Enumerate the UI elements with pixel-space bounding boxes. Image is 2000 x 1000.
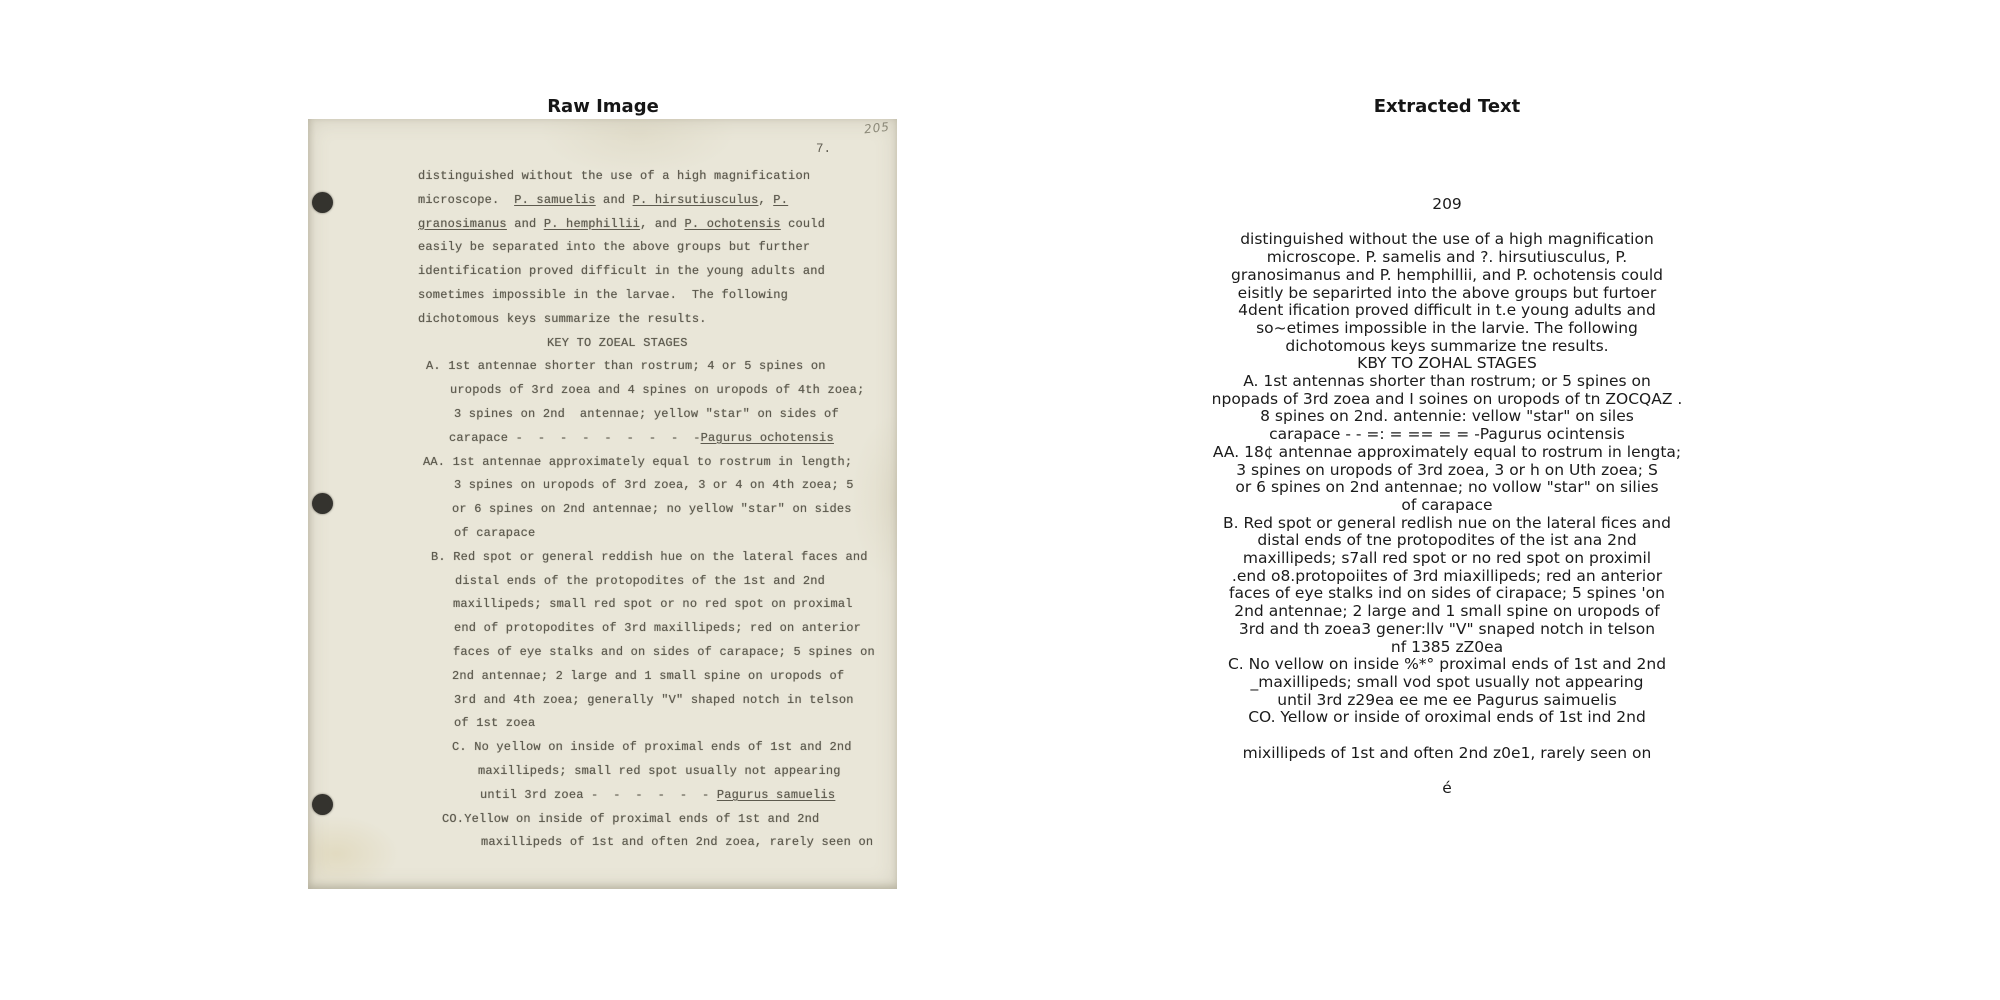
typewriter-line: carapace - - - - - - - - -Pagurus ochote… — [449, 431, 834, 445]
typewriter-line: distal ends of the protopodites of the 1… — [455, 574, 825, 588]
ocr-line — [1147, 214, 1747, 232]
typewriter-line: microscope. P. samuelis and P. hirsutius… — [418, 193, 788, 207]
ocr-line: 3 spines on uropods of 3rd zoea, 3 or h … — [1147, 462, 1747, 480]
typewriter-line: distinguished without the use of a high … — [418, 169, 810, 183]
ocr-line: 3rd and th zoea3 gener:llv "V" snaped no… — [1147, 621, 1747, 639]
ocr-line — [1147, 727, 1747, 745]
ocr-line: A. 1st antennas shorter than rostrum; or… — [1147, 373, 1747, 391]
typewriter-line: until 3rd zoea - - - - - - Pagurus samue… — [480, 788, 835, 802]
typewriter-line: identification proved difficult in the y… — [418, 264, 825, 278]
typewriter-line: end of protopodites of 3rd maxillipeds; … — [454, 621, 861, 635]
paper: 205 7. distinguished without the use of … — [308, 119, 897, 889]
ocr-line: mixillipeds of 1st and often 2nd z0e1, r… — [1147, 745, 1747, 763]
typewriter-line: maxillipeds; small red spot or no red sp… — [453, 597, 853, 611]
ocr-line: .end o8.protopoiites of 3rd miaxillipeds… — [1147, 568, 1747, 586]
ocr-line: 209 — [1147, 196, 1747, 214]
ocr-line: carapace - - =: = == = = -Pagurus ocinte… — [1147, 426, 1747, 444]
typewriter-line: AA. 1st antennae approximately equal to … — [423, 455, 852, 469]
typewriter-line: 3 spines on 2nd antennae; yellow "star" … — [454, 407, 839, 421]
typewriter-line: 3rd and 4th zoea; generally "V" shaped n… — [454, 693, 854, 707]
ocr-line: 8 spines on 2nd. antennie: vellow "star"… — [1147, 408, 1747, 426]
ocr-line: dichotomous keys summarize tne results. — [1147, 338, 1747, 356]
ocr-line: faces of eye stalks ind on sides of cira… — [1147, 585, 1747, 603]
ocr-line: _maxillipeds; small vod spot usually not… — [1147, 674, 1747, 692]
typewriter-line: maxillipeds; small red spot usually not … — [478, 764, 841, 778]
typewriter-line: faces of eye stalks and on sides of cara… — [453, 645, 875, 659]
extracted-text-title: Extracted Text — [1374, 96, 1520, 117]
figure-canvas: Raw Image 205 7. distinguished without t… — [0, 0, 2000, 1000]
ocr-line: distal ends of tne protopodites of the i… — [1147, 532, 1747, 550]
ocr-line: KBY TO ZOHAL STAGES — [1147, 355, 1747, 373]
ocr-line: microscope. P. samelis and ?. hirsutiusc… — [1147, 249, 1747, 267]
ocr-line: granosimanus and P. hemphillii, and P. o… — [1147, 267, 1747, 285]
typewriter-line: easily be separated into the above group… — [418, 240, 810, 254]
raw-image-title: Raw Image — [547, 96, 659, 117]
typewriter-line: of 1st zoea — [454, 716, 535, 730]
ocr-line: until 3rd z29ea ee me ee Pagurus saimuel… — [1147, 692, 1747, 710]
typewriter-line: CO.Yellow on inside of proximal ends of … — [442, 812, 819, 826]
ocr-line: CO. Yellow or inside of oroximal ends of… — [1147, 709, 1747, 727]
typewriter-line: maxillipeds of 1st and often 2nd zoea, r… — [481, 835, 873, 849]
typewriter-line: granosimanus and P. hemphillii, and P. o… — [418, 217, 825, 231]
typewriter-line: of carapace — [454, 526, 535, 540]
typewriter-line: sometimes impossible in the larvae. The … — [418, 288, 788, 302]
typewriter-line: KEY TO ZOEAL STAGES — [547, 336, 688, 350]
ocr-line: é — [1147, 780, 1747, 798]
typewriter-text-layer: distinguished without the use of a high … — [308, 119, 897, 889]
ocr-line — [1147, 763, 1747, 781]
typewriter-line: 3 spines on uropods of 3rd zoea, 3 or 4 … — [454, 478, 854, 492]
ocr-line: maxillipeds; s7all red spot or no red sp… — [1147, 550, 1747, 568]
typewriter-line: or 6 spines on 2nd antennae; no yellow "… — [452, 502, 852, 516]
ocr-line: 4dent ification proved difficult in t.e … — [1147, 302, 1747, 320]
extracted-text-block: 209 distinguished without the use of a h… — [1147, 196, 1747, 798]
typewriter-line: uropods of 3rd zoea and 4 spines on urop… — [450, 383, 864, 397]
ocr-line: nf 1385 zZ0ea — [1147, 639, 1747, 657]
ocr-line: of carapace — [1147, 497, 1747, 515]
ocr-line: C. No vellow on inside %*° proximal ends… — [1147, 656, 1747, 674]
ocr-line: so~etimes impossible in the larvie. The … — [1147, 320, 1747, 338]
typewriter-line: B. Red spot or general reddish hue on th… — [431, 550, 868, 564]
typewriter-line: dichotomous keys summarize the results. — [418, 312, 707, 326]
typewriter-line: 2nd antennae; 2 large and 1 small spine … — [452, 669, 844, 683]
ocr-line: or 6 spines on 2nd antennae; no vollow "… — [1147, 479, 1747, 497]
ocr-line: 2nd antennae; 2 large and 1 small spine … — [1147, 603, 1747, 621]
ocr-line: B. Red spot or general redlish nue on th… — [1147, 515, 1747, 533]
ocr-line: distinguished without the use of a high … — [1147, 231, 1747, 249]
ocr-line: eisitly be separirted into the above gro… — [1147, 285, 1747, 303]
typewriter-line: A. 1st antennae shorter than rostrum; 4 … — [426, 359, 826, 373]
ocr-line: npopads of 3rd zoea and I soines on urop… — [1147, 391, 1747, 409]
typewriter-line: C. No yellow on inside of proximal ends … — [452, 740, 852, 754]
ocr-line: AA. 18¢ antennae approximately equal to … — [1147, 444, 1747, 462]
